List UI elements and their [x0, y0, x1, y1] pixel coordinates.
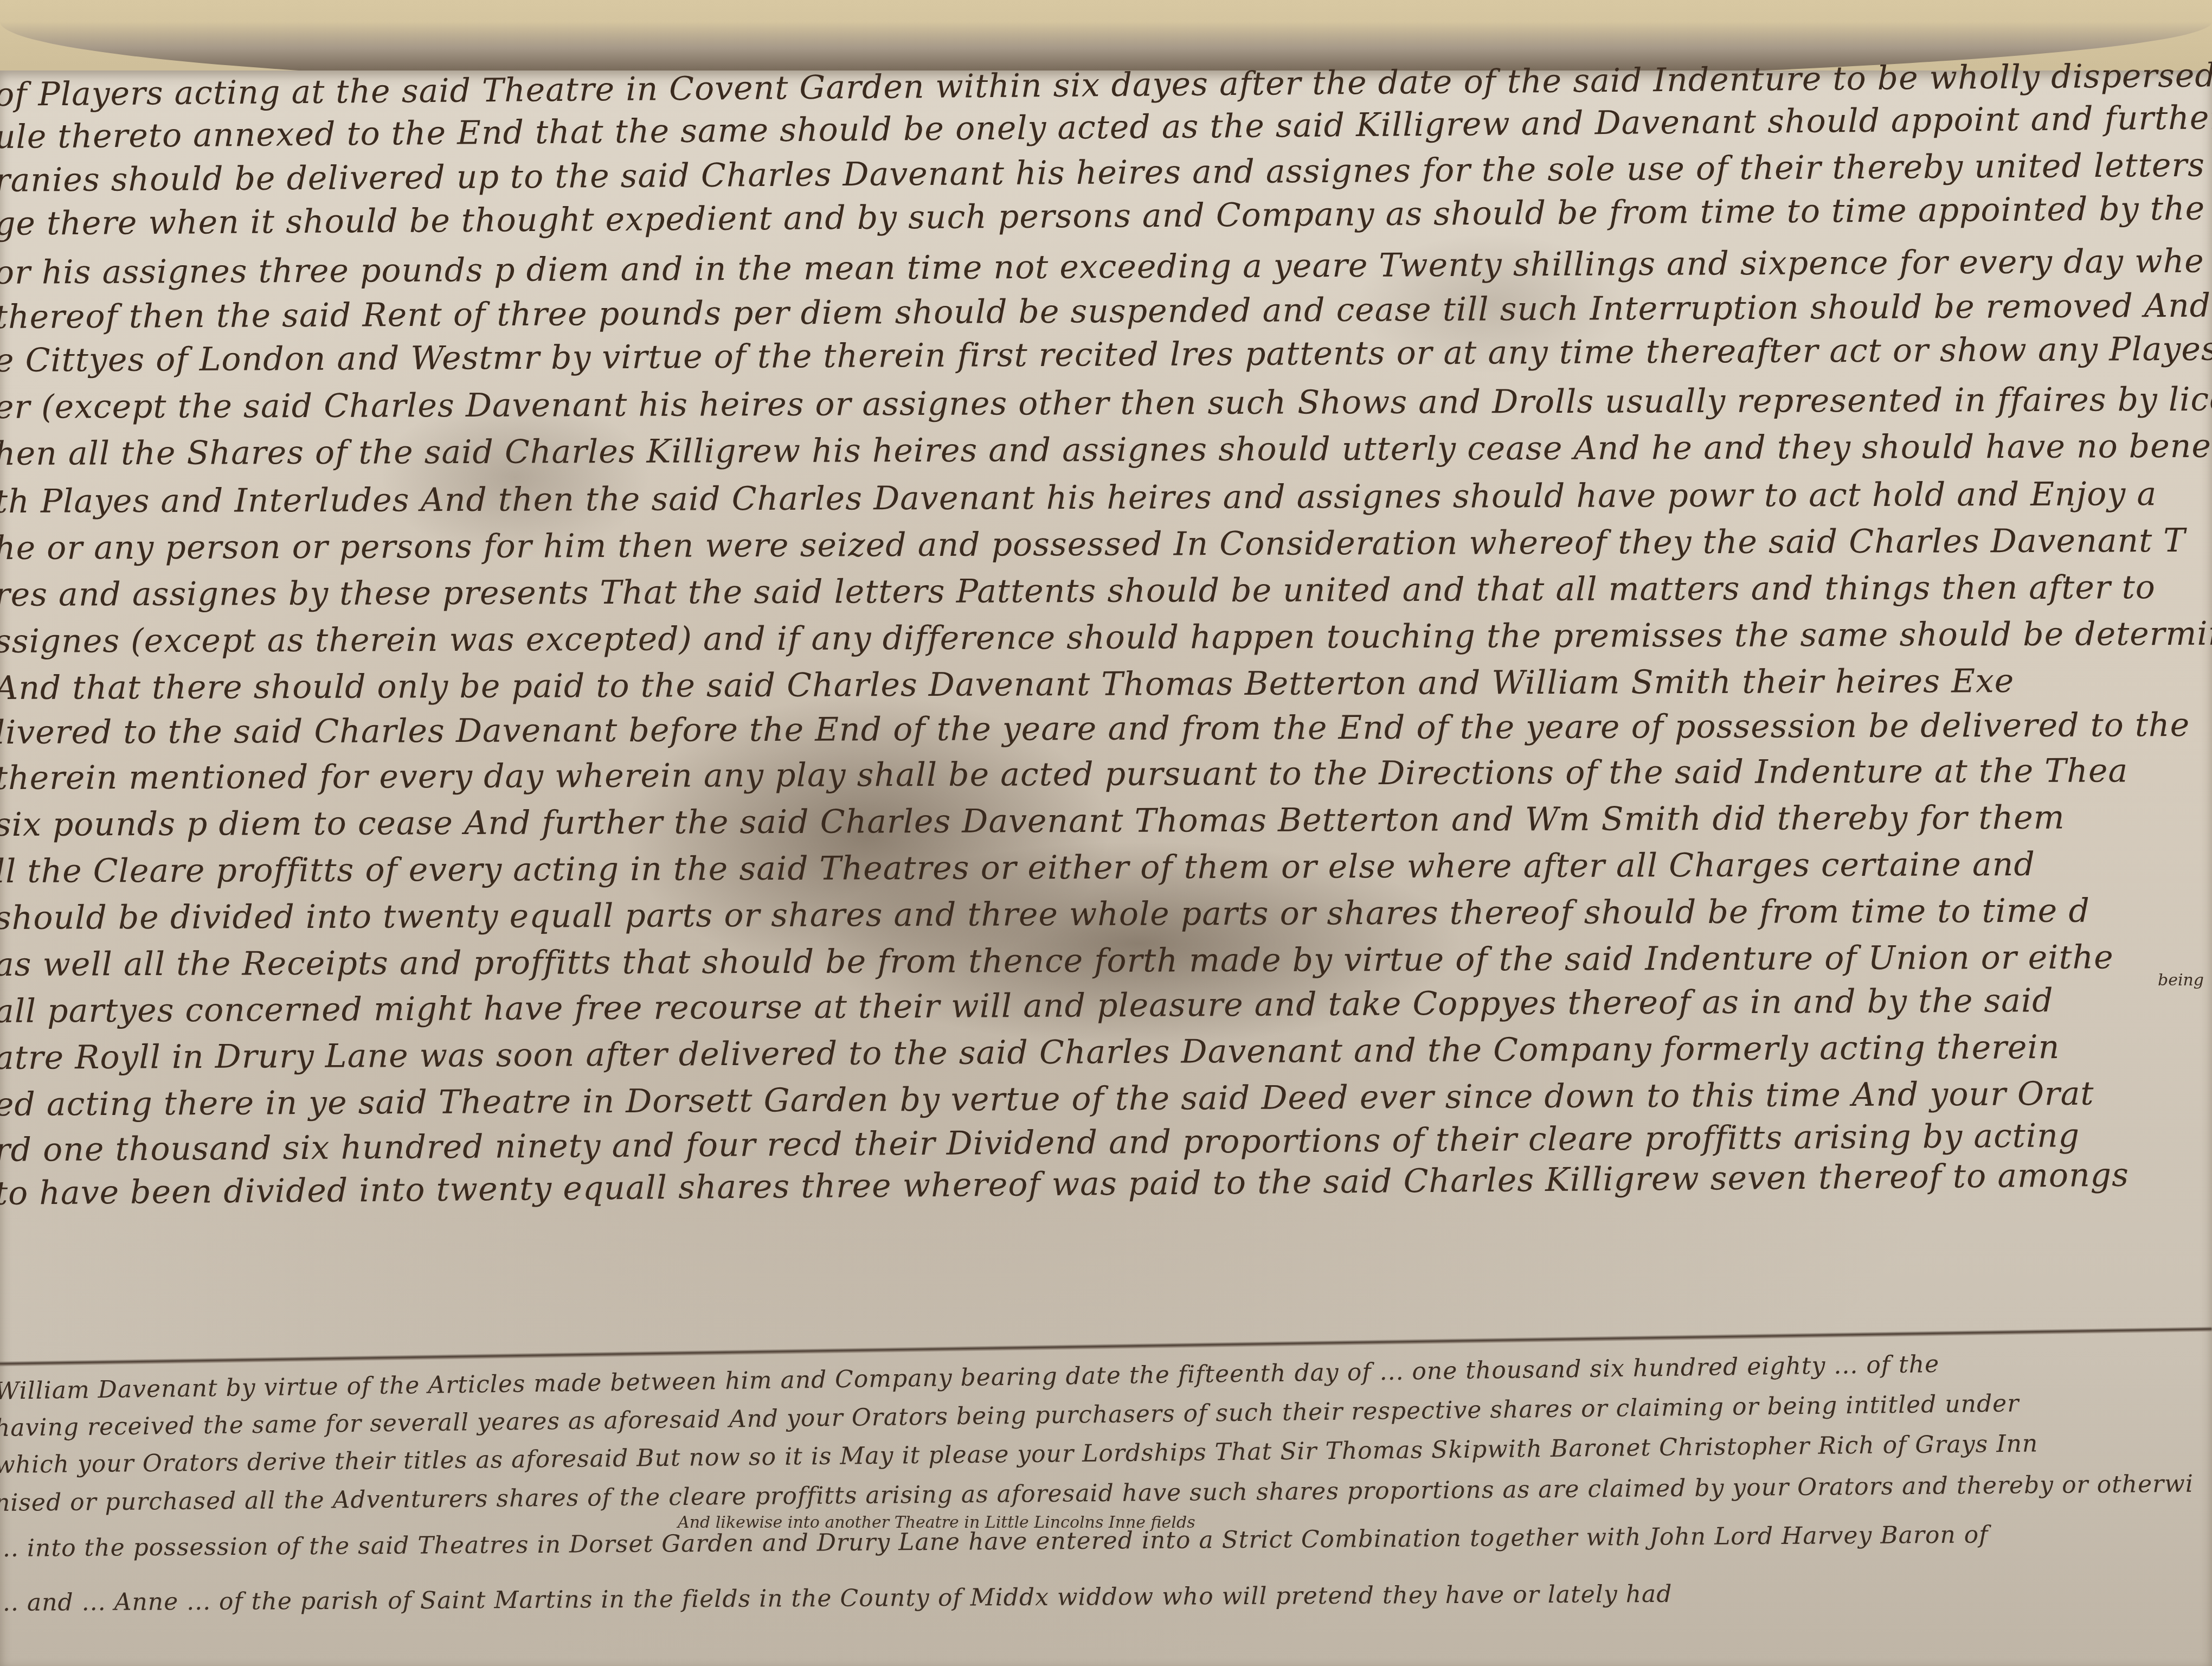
text-line: ssignes (except as therein was excepted)… [0, 614, 2212, 661]
text-line: six pounds p diem to cease And further t… [0, 799, 2065, 844]
text-line: ll the Cleare proffitts of every acting … [0, 845, 2035, 890]
text-line: atre Royll in Drury Lane was soon after … [0, 1028, 2060, 1077]
interlinear-insertion: being [2158, 971, 2204, 990]
text-line: ... and ... Anne ... of the parish of Sa… [0, 1580, 1673, 1617]
text-line: or his assignes three pounds p diem and … [0, 242, 2204, 292]
text-line: he or any person or persons for him then… [0, 522, 2185, 567]
text-line: nised or purchased all the Adventurers s… [0, 1470, 2194, 1517]
text-line: as well all the Receipts and proffitts t… [0, 938, 2114, 984]
text-line: livered to the said Charles Davenant bef… [0, 706, 2190, 752]
text-line: hen all the Shares of the said Charles K… [0, 427, 2211, 473]
text-line: should be divided into twenty equall par… [0, 892, 2090, 937]
text-line: er (except the said Charles Davenant his… [0, 380, 2212, 426]
text-line: And that there should only be paid to th… [0, 662, 2014, 707]
text-line: res and assignes by these presents That … [0, 568, 2156, 614]
text-line: thereof then the said Rent of three poun… [0, 286, 2212, 336]
text-line: all partyes concerned might have free re… [0, 982, 2054, 1030]
text-line: e Cittyes of London and Westmr by virtue… [0, 329, 2212, 380]
text-line: th Playes and Interludes And then the sa… [0, 475, 2157, 521]
text-line: therein mentioned for every day wherein … [0, 752, 2128, 797]
text-line: ed acting there in ye said Theatre in Do… [0, 1075, 2094, 1124]
parchment-sheet: of Players acting at the said Theatre in… [0, 71, 2212, 1666]
